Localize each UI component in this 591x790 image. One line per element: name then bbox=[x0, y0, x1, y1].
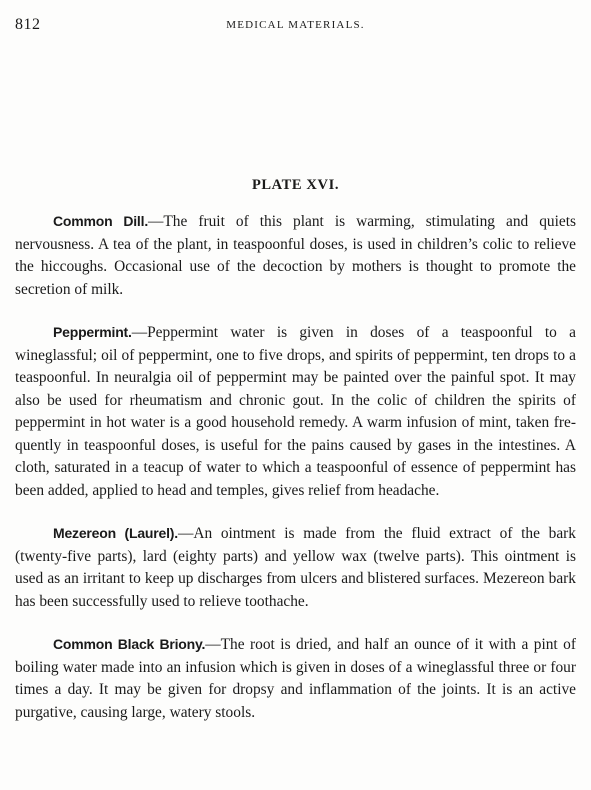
entry-term: Peppermint. bbox=[53, 324, 132, 340]
entry-term: Common Black Briony. bbox=[53, 636, 205, 652]
entry-common-dill: Common Dill.—The fruit of this plant is … bbox=[15, 210, 576, 301]
entry-peppermint: Peppermint.—Peppermint water is given in… bbox=[15, 321, 576, 502]
entry-term: Mezereon (Laurel). bbox=[53, 525, 178, 541]
entry-dash: — bbox=[178, 525, 193, 542]
running-title: MEDICAL MATERIALS. bbox=[15, 19, 576, 31]
plate-title: PLATE XVI. bbox=[0, 177, 591, 194]
entry-mezereon: Mezereon (Laurel).—An ointment is made f… bbox=[15, 522, 576, 613]
entry-text: Peppermint water is given in doses of a … bbox=[15, 324, 576, 499]
entry-term: Common Dill. bbox=[53, 213, 148, 229]
entry-dash: — bbox=[132, 324, 147, 341]
entry-dash: — bbox=[148, 213, 163, 230]
running-head: 812 MEDICAL MATERIALS. bbox=[15, 16, 576, 36]
entries-body: Common Dill.—The fruit of this plant is … bbox=[15, 210, 576, 744]
entry-dash: — bbox=[205, 636, 220, 653]
entry-common-black-briony: Common Black Briony.—The root is dried, … bbox=[15, 633, 576, 724]
